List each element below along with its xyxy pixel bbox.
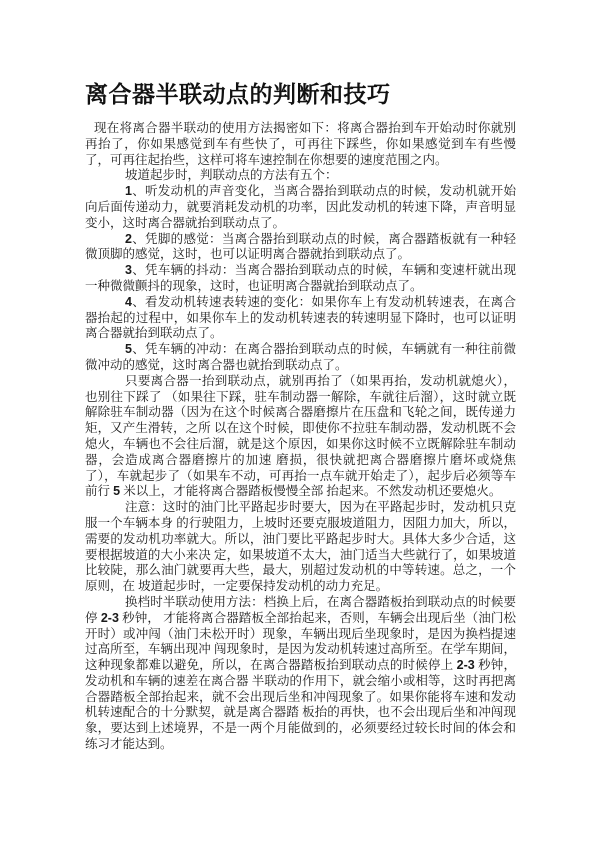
paragraph: 2、凭脚的感觉：当离合器抬到联动点的时候，离合器踏板就有一种轻微顶脚的感觉，这时… [85,232,516,264]
paragraph: 坡道起步时，判联动点的方法有五个： [85,168,516,184]
paragraph: 只要离合器一抬到联动点，就别再抬了（如果再抬，发动机就熄火），也别往下踩了 （如… [85,374,516,500]
article: 离合器半联动点的判断和技巧 现在将离合器半联动的使用方法揭密如下：将离合器抬到车… [85,80,516,753]
paragraph: 换档时半联动使用方法：档换上后，在离合器踏板抬到联动点的时候要停 2-3 秒钟，… [85,595,516,753]
paragraph: 5、凭车辆的冲动：在离合器抬到联动点的时候，车辆就有一种往前微微冲动的感觉，这时… [85,342,516,374]
paragraph: 4、看发动机转速表转速的变化：如果你车上有发动机转速表，在离合器抬起的过程中，如… [85,295,516,342]
paragraph: 1、听发动机的声音变化，当离合器抬到联动点的时候，发动机就开始向后面传递动力，就… [85,184,516,231]
page-title: 离合器半联动点的判断和技巧 [85,80,516,110]
paragraph: 3、凭车辆的抖动：当离合器抬到联动点的时候，车辆和变速杆就出现一种微微颤抖的现象… [85,263,516,295]
paragraph: 现在将离合器半联动的使用方法揭密如下：将离合器抬到车开始动时你就别再抬了，你如果… [85,121,516,168]
paragraph: 注意：这时的油门比平路起步时要大，因为在平路起步时，发动机只克服一个车辆本身 的… [85,500,516,595]
document-page: 离合器半联动点的判断和技巧 现在将离合器半联动的使用方法揭密如下：将离合器抬到车… [0,0,600,850]
article-body: 现在将离合器半联动的使用方法揭密如下：将离合器抬到车开始动时你就别再抬了，你如果… [85,121,516,753]
